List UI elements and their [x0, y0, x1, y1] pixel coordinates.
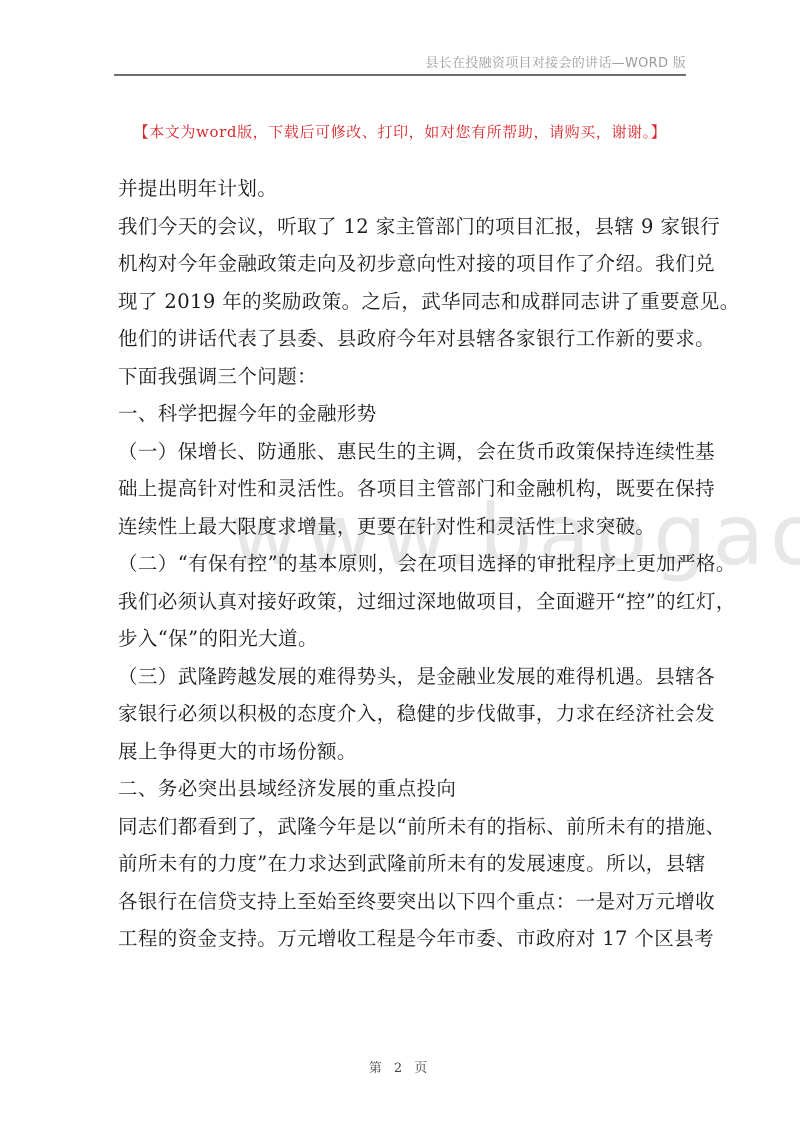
body-line: 我们必须认真对接好政策，过细过深地做项目，全面避开“控”的红灯， — [118, 583, 690, 621]
body-line: 下面我强调三个问题： — [118, 358, 690, 396]
purchase-notice: 【本文为word版，下载后可修改、打印，如对您有所帮助，请购买，谢谢。】 — [114, 121, 686, 142]
body-line: （二）“有保有控”的基本原则，会在项目选择的审批程序上更加严格。 — [118, 545, 690, 583]
body-line: 各银行在信贷支持上至始至终要突出以下四个重点：一是对万元增收 — [118, 883, 690, 921]
body-line: 展上争得更大的市场份额。 — [118, 733, 690, 771]
body-line: 机构对今年金融政策走向及初步意向性对接的项目作了介绍。我们兑 — [118, 245, 690, 283]
document-body: 并提出明年计划。 我们今天的会议，听取了 12 家主管部门的项目汇报，县辖 9 … — [118, 170, 690, 958]
body-line: 步入“保”的阳光大道。 — [118, 620, 690, 658]
document-page: 县长在投融资项目对接会的讲话—WORD 版 【本文为word版，下载后可修改、打… — [0, 0, 800, 1132]
section-heading-1: 一、科学把握今年的金融形势 — [118, 395, 690, 433]
body-line: 我们今天的会议，听取了 12 家主管部门的项目汇报，县辖 9 家银行 — [118, 208, 690, 246]
body-line: 前所未有的力度”在力求达到武隆前所未有的发展速度。所以，县辖 — [118, 845, 690, 883]
body-line: 并提出明年计划。 — [118, 170, 690, 208]
body-line: 他们的讲话代表了县委、县政府今年对县辖各家银行工作新的要求。 — [118, 320, 690, 358]
body-line: （一）保增长、防通胀、惠民生的主调，会在货币政策保持连续性基 — [118, 433, 690, 471]
body-line: 工程的资金支持。万元增收工程是今年市委、市政府对 17 个区县考 — [118, 920, 690, 958]
page-number: 第 2 页 — [0, 1057, 800, 1076]
running-header: 县长在投融资项目对接会的讲话—WORD 版 — [425, 52, 686, 71]
body-line: 同志们都看到了，武隆今年是以“前所未有的指标、前所未有的措施、 — [118, 808, 690, 846]
body-line: 础上提高针对性和灵活性。各项目主管部门和金融机构，既要在保持 — [118, 470, 690, 508]
body-line: 家银行必须以积极的态度介入，稳健的步伐做事，力求在经济社会发 — [118, 695, 690, 733]
body-line: （三）武隆跨越发展的难得势头，是金融业发展的难得机遇。县辖各 — [118, 658, 690, 696]
body-line: 现了 2019 年的奖励政策。之后，武华同志和成群同志讲了重要意见。 — [118, 283, 690, 321]
header-divider — [114, 74, 686, 76]
body-line: 连续性上最大限度求增量，更要在针对性和灵活性上求突破。 — [118, 508, 690, 546]
section-heading-2: 二、务必突出县域经济发展的重点投向 — [118, 770, 690, 808]
